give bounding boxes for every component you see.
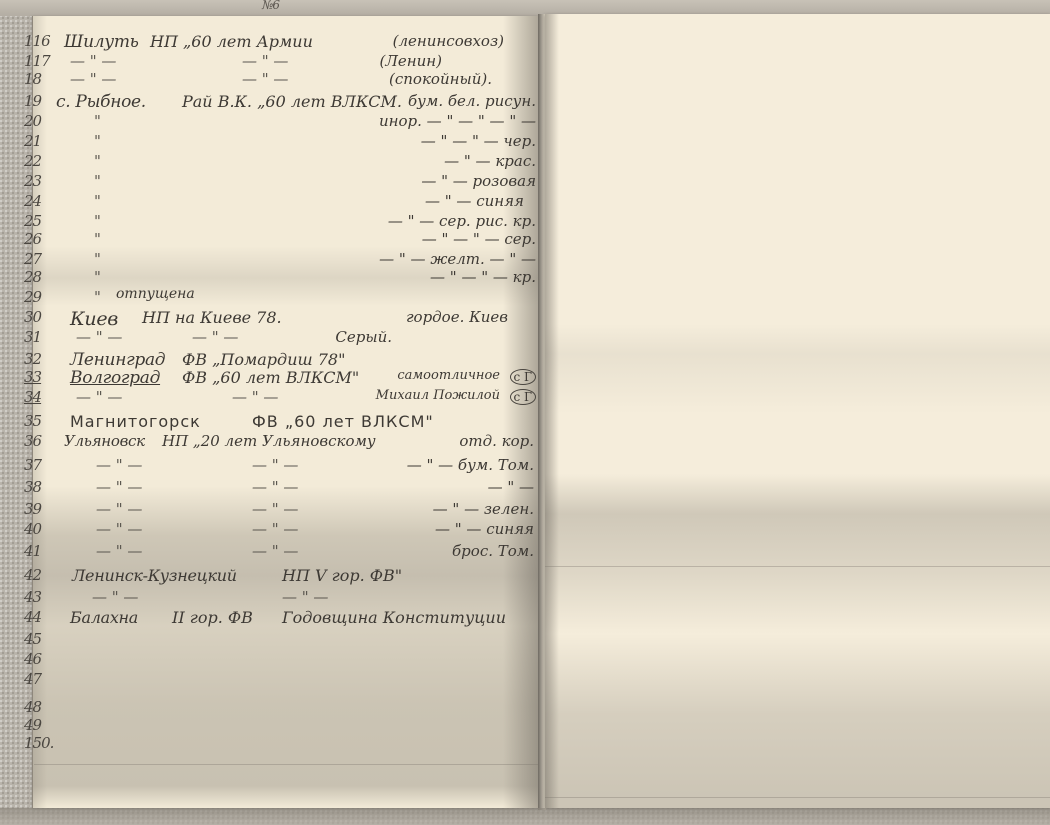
ledger-row: 44 Балахна II гор. ФВ Годовщина Конститу… bbox=[32, 608, 542, 628]
entry-number: 35 bbox=[24, 412, 54, 430]
entry-number: 42 bbox=[24, 566, 54, 584]
entry-note: — " — крас. bbox=[444, 152, 536, 170]
right-page-blank bbox=[545, 14, 1050, 808]
ledger-row: 45 bbox=[32, 630, 542, 650]
ledger-row: 35 Магнитогорск ФВ „60 лет ВЛКСМ" bbox=[32, 412, 542, 432]
entry-note: — " — синяя bbox=[435, 520, 534, 538]
ledger-row: 47 bbox=[32, 670, 542, 690]
entry-place-ditto: — " — bbox=[96, 500, 142, 518]
ledger-row: 43 — " — — " — bbox=[32, 588, 542, 608]
entry-place-ditto: " bbox=[94, 288, 101, 306]
ledger-row: 41 — " — — " — брос. Том. bbox=[32, 542, 542, 562]
ruled-line bbox=[545, 566, 1050, 567]
ledger-row: 24 " — " — синяя bbox=[32, 192, 542, 212]
entry-place: Магнитогорск bbox=[70, 412, 201, 431]
entry-number: 39 bbox=[24, 500, 54, 518]
circled-mark: с Г bbox=[510, 389, 536, 405]
entry-number: 150. bbox=[24, 734, 54, 752]
entry-note: Серый. bbox=[335, 328, 392, 346]
entry-place: Ульяновск bbox=[64, 432, 145, 450]
entry-organization: ФВ „60 лет ВЛКСМ" bbox=[182, 368, 359, 387]
entry-place-ditto: " bbox=[94, 230, 101, 248]
ledger-row: 20 " инор. — " — " — " — bbox=[32, 112, 542, 132]
entry-place: Шилуть bbox=[64, 32, 139, 52]
entry-note: брос. Том. bbox=[452, 542, 534, 560]
ledger-row: 19 с. Рыбное. Рай В.К. „60 лет ВЛКСМ. бу… bbox=[32, 92, 542, 112]
entry-number: 20 bbox=[24, 112, 54, 130]
entry-note: — " — желт. — " — bbox=[379, 250, 536, 268]
entry-organization: НП V гор. ФВ" bbox=[282, 566, 402, 585]
entry-number: 116 bbox=[24, 32, 54, 50]
ledger-row: 30 Киев НП на Киеве 78. гордое. Киев bbox=[32, 308, 542, 328]
entry-note: — " — бум. Том. bbox=[407, 456, 534, 474]
ledger-row: 31 — " — — " — Серый. bbox=[32, 328, 542, 348]
entry-note: — " — зелен. bbox=[433, 500, 534, 518]
entry-number: 37 bbox=[24, 456, 54, 474]
entry-number: 25 bbox=[24, 212, 54, 230]
entry-place-ditto: " bbox=[94, 172, 101, 190]
entry-place-ditto: " bbox=[94, 268, 101, 286]
entry-number: 29 bbox=[24, 288, 54, 306]
entry-number: 33 bbox=[24, 368, 54, 386]
entry-place-ditto: " bbox=[94, 212, 101, 230]
entry-number: 18 bbox=[24, 70, 54, 88]
entry-number: 36 bbox=[24, 432, 54, 450]
entry-number: 22 bbox=[24, 152, 54, 170]
entry-note: бум. бел. рисун. bbox=[408, 92, 536, 110]
entry-number: 40 bbox=[24, 520, 54, 538]
ruled-line bbox=[34, 764, 539, 765]
entry-number: 41 bbox=[24, 542, 54, 560]
entry-title: Годовщина Конституции bbox=[282, 608, 506, 627]
entry-number: 117 bbox=[24, 52, 54, 70]
entry-number: 23 bbox=[24, 172, 54, 190]
entry-note: — " — сер. рис. кр. bbox=[388, 212, 536, 230]
entry-note: — " — розовая bbox=[421, 172, 536, 190]
ledger-row: 116 Шилуть НП „60 лет Армии (ленинсовхоз… bbox=[32, 32, 542, 52]
entry-number: 26 bbox=[24, 230, 54, 248]
entry-number: 31 bbox=[24, 328, 54, 346]
entry-note: (Ленин) bbox=[379, 52, 442, 70]
entry-number: 27 bbox=[24, 250, 54, 268]
entry-place-ditto: — " — bbox=[70, 52, 116, 70]
entry-number: 49 bbox=[24, 716, 54, 734]
entry-organization-ditto: — " — bbox=[252, 520, 298, 538]
entry-place-ditto: — " — bbox=[96, 456, 142, 474]
entry-place-ditto: — " — bbox=[70, 70, 116, 88]
ledger-row: 150. bbox=[32, 734, 542, 754]
entry-number: 45 bbox=[24, 630, 54, 648]
ledger-row: 40 — " — — " — — " — синяя bbox=[32, 520, 542, 540]
entry-note: — " — синяя bbox=[425, 192, 524, 210]
entry-number: 38 bbox=[24, 478, 54, 496]
entry-organization-ditto: — " — bbox=[242, 52, 288, 70]
entry-place-ditto: — " — bbox=[96, 520, 142, 538]
entry-place-ditto: — " — bbox=[96, 478, 142, 496]
ledger-row: 46 bbox=[32, 650, 542, 670]
entry-number: 47 bbox=[24, 670, 54, 688]
ledger-row: 37 — " — — " — — " — бум. Том. bbox=[32, 456, 542, 476]
entry-organization: ФВ „Помардиш 78" bbox=[182, 350, 345, 369]
entry-superscript-note: отпущена bbox=[116, 286, 195, 302]
ledger-row: 21 " — " — " — чер. bbox=[32, 132, 542, 152]
entry-organization: II гор. ФВ bbox=[172, 608, 253, 627]
entry-place-ditto: — " — bbox=[76, 388, 122, 406]
entry-organization-ditto: — " — bbox=[192, 328, 238, 346]
ledger-row: 25 " — " — сер. рис. кр. bbox=[32, 212, 542, 232]
circled-mark: с Г bbox=[510, 369, 536, 385]
entry-organization: НП „60 лет Армии bbox=[150, 32, 313, 51]
entry-place-ditto: " bbox=[94, 152, 101, 170]
entry-note: (ленинсовхоз) bbox=[393, 32, 504, 50]
entry-place-ditto: " bbox=[94, 112, 101, 130]
entry-note: — " — bbox=[488, 478, 534, 496]
entry-place: Ленинград bbox=[70, 350, 165, 370]
entry-note: — " — " — кр. bbox=[430, 268, 536, 286]
entry-place: Ленинск-Кузнецкий bbox=[72, 566, 237, 585]
entry-number: 43 bbox=[24, 588, 54, 606]
entry-organization-ditto: — " — bbox=[252, 478, 298, 496]
entry-organization: НП на Киеве 78. bbox=[142, 308, 282, 327]
entry-number: 46 bbox=[24, 650, 54, 668]
ledger-row: 117 — " — — " — (Ленин) bbox=[32, 52, 542, 72]
entry-note: гордое. Киев bbox=[406, 308, 508, 326]
entry-place: Киев bbox=[70, 308, 118, 330]
entry-number: 28 bbox=[24, 268, 54, 286]
entry-number: 21 bbox=[24, 132, 54, 150]
scanner-background-bottom bbox=[0, 808, 1050, 825]
entry-number: 32 bbox=[24, 350, 54, 368]
entry-note: — " — " — чер. bbox=[421, 132, 536, 150]
entry-organization-ditto: — " — bbox=[232, 388, 278, 406]
entry-organization-ditto: — " — bbox=[282, 588, 328, 606]
ledger-row: 39 — " — — " — — " — зелен. bbox=[32, 500, 542, 520]
entry-number: 44 bbox=[24, 608, 54, 626]
entry-place-ditto: " bbox=[94, 250, 101, 268]
entry-number: 24 bbox=[24, 192, 54, 210]
entry-note: Михаил Пожилой bbox=[376, 388, 500, 403]
entry-place-ditto: — " — bbox=[76, 328, 122, 346]
entry-organization: ФВ „60 лет ВЛКСМ" bbox=[252, 412, 434, 431]
entry-place: Волгоград bbox=[70, 368, 160, 388]
ledger-row: 36 Ульяновск НП „20 лет Ульяновскому отд… bbox=[32, 432, 542, 452]
entry-number: 19 bbox=[24, 92, 54, 110]
ledger-row: 33 Волгоград ФВ „60 лет ВЛКСМ" самоотлич… bbox=[32, 368, 542, 388]
entry-number: 48 bbox=[24, 698, 54, 716]
ledger-row: 48 bbox=[32, 698, 542, 718]
entry-organization-ditto: — " — bbox=[252, 500, 298, 518]
ledger-row: 23 " — " — розовая bbox=[32, 172, 542, 192]
entry-place-ditto: " bbox=[94, 192, 101, 210]
ledger-row: 26 " — " — " — сер. bbox=[32, 230, 542, 250]
ledger-row: 42 Ленинск-Кузнецкий НП V гор. ФВ" bbox=[32, 566, 542, 586]
entry-note: отд. кор. bbox=[459, 432, 534, 450]
entry-number: 34 bbox=[24, 388, 54, 406]
folio-mark: №6 bbox=[262, 0, 279, 12]
entry-place-ditto: " bbox=[94, 132, 101, 150]
entry-number: 30 bbox=[24, 308, 54, 326]
ledger-row: 49 bbox=[32, 716, 542, 736]
entry-organization: НП „20 лет Ульяновскому bbox=[162, 432, 376, 450]
ledger-row: 38 — " — — " — — " — bbox=[32, 478, 542, 498]
entry-note: — " — " — сер. bbox=[422, 230, 536, 248]
ledger-row: 34 — " — — " — Михаил Пожилой с Г bbox=[32, 388, 542, 408]
ledger-row: 28 " — " — " — кр. bbox=[32, 268, 542, 288]
entry-place: Балахна bbox=[70, 608, 138, 627]
ledger-row: 32 Ленинград ФВ „Помардиш 78" bbox=[32, 350, 542, 370]
entry-note: инор. — " — " — " — bbox=[379, 112, 536, 130]
entry-note: самоотличное bbox=[397, 368, 500, 383]
entry-organization: Рай В.К. „60 лет ВЛКСМ. bbox=[182, 92, 402, 111]
ledger-row: 29 " отпущена bbox=[32, 288, 542, 308]
ledger-row: 27 " — " — желт. — " — bbox=[32, 250, 542, 270]
entry-organization-ditto: — " — bbox=[252, 542, 298, 560]
entry-organization-ditto: — " — bbox=[242, 70, 288, 88]
entry-place-ditto: — " — bbox=[96, 542, 142, 560]
entry-organization-ditto: — " — bbox=[252, 456, 298, 474]
ledger-row: 18 — " — — " — (спокойный). bbox=[32, 70, 542, 90]
entry-place-ditto: — " — bbox=[92, 588, 138, 606]
entry-place: с. Рыбное. bbox=[56, 92, 146, 112]
ruled-line bbox=[545, 797, 1050, 798]
entry-note: (спокойный). bbox=[389, 70, 492, 88]
ledger-row: 22 " — " — крас. bbox=[32, 152, 542, 172]
